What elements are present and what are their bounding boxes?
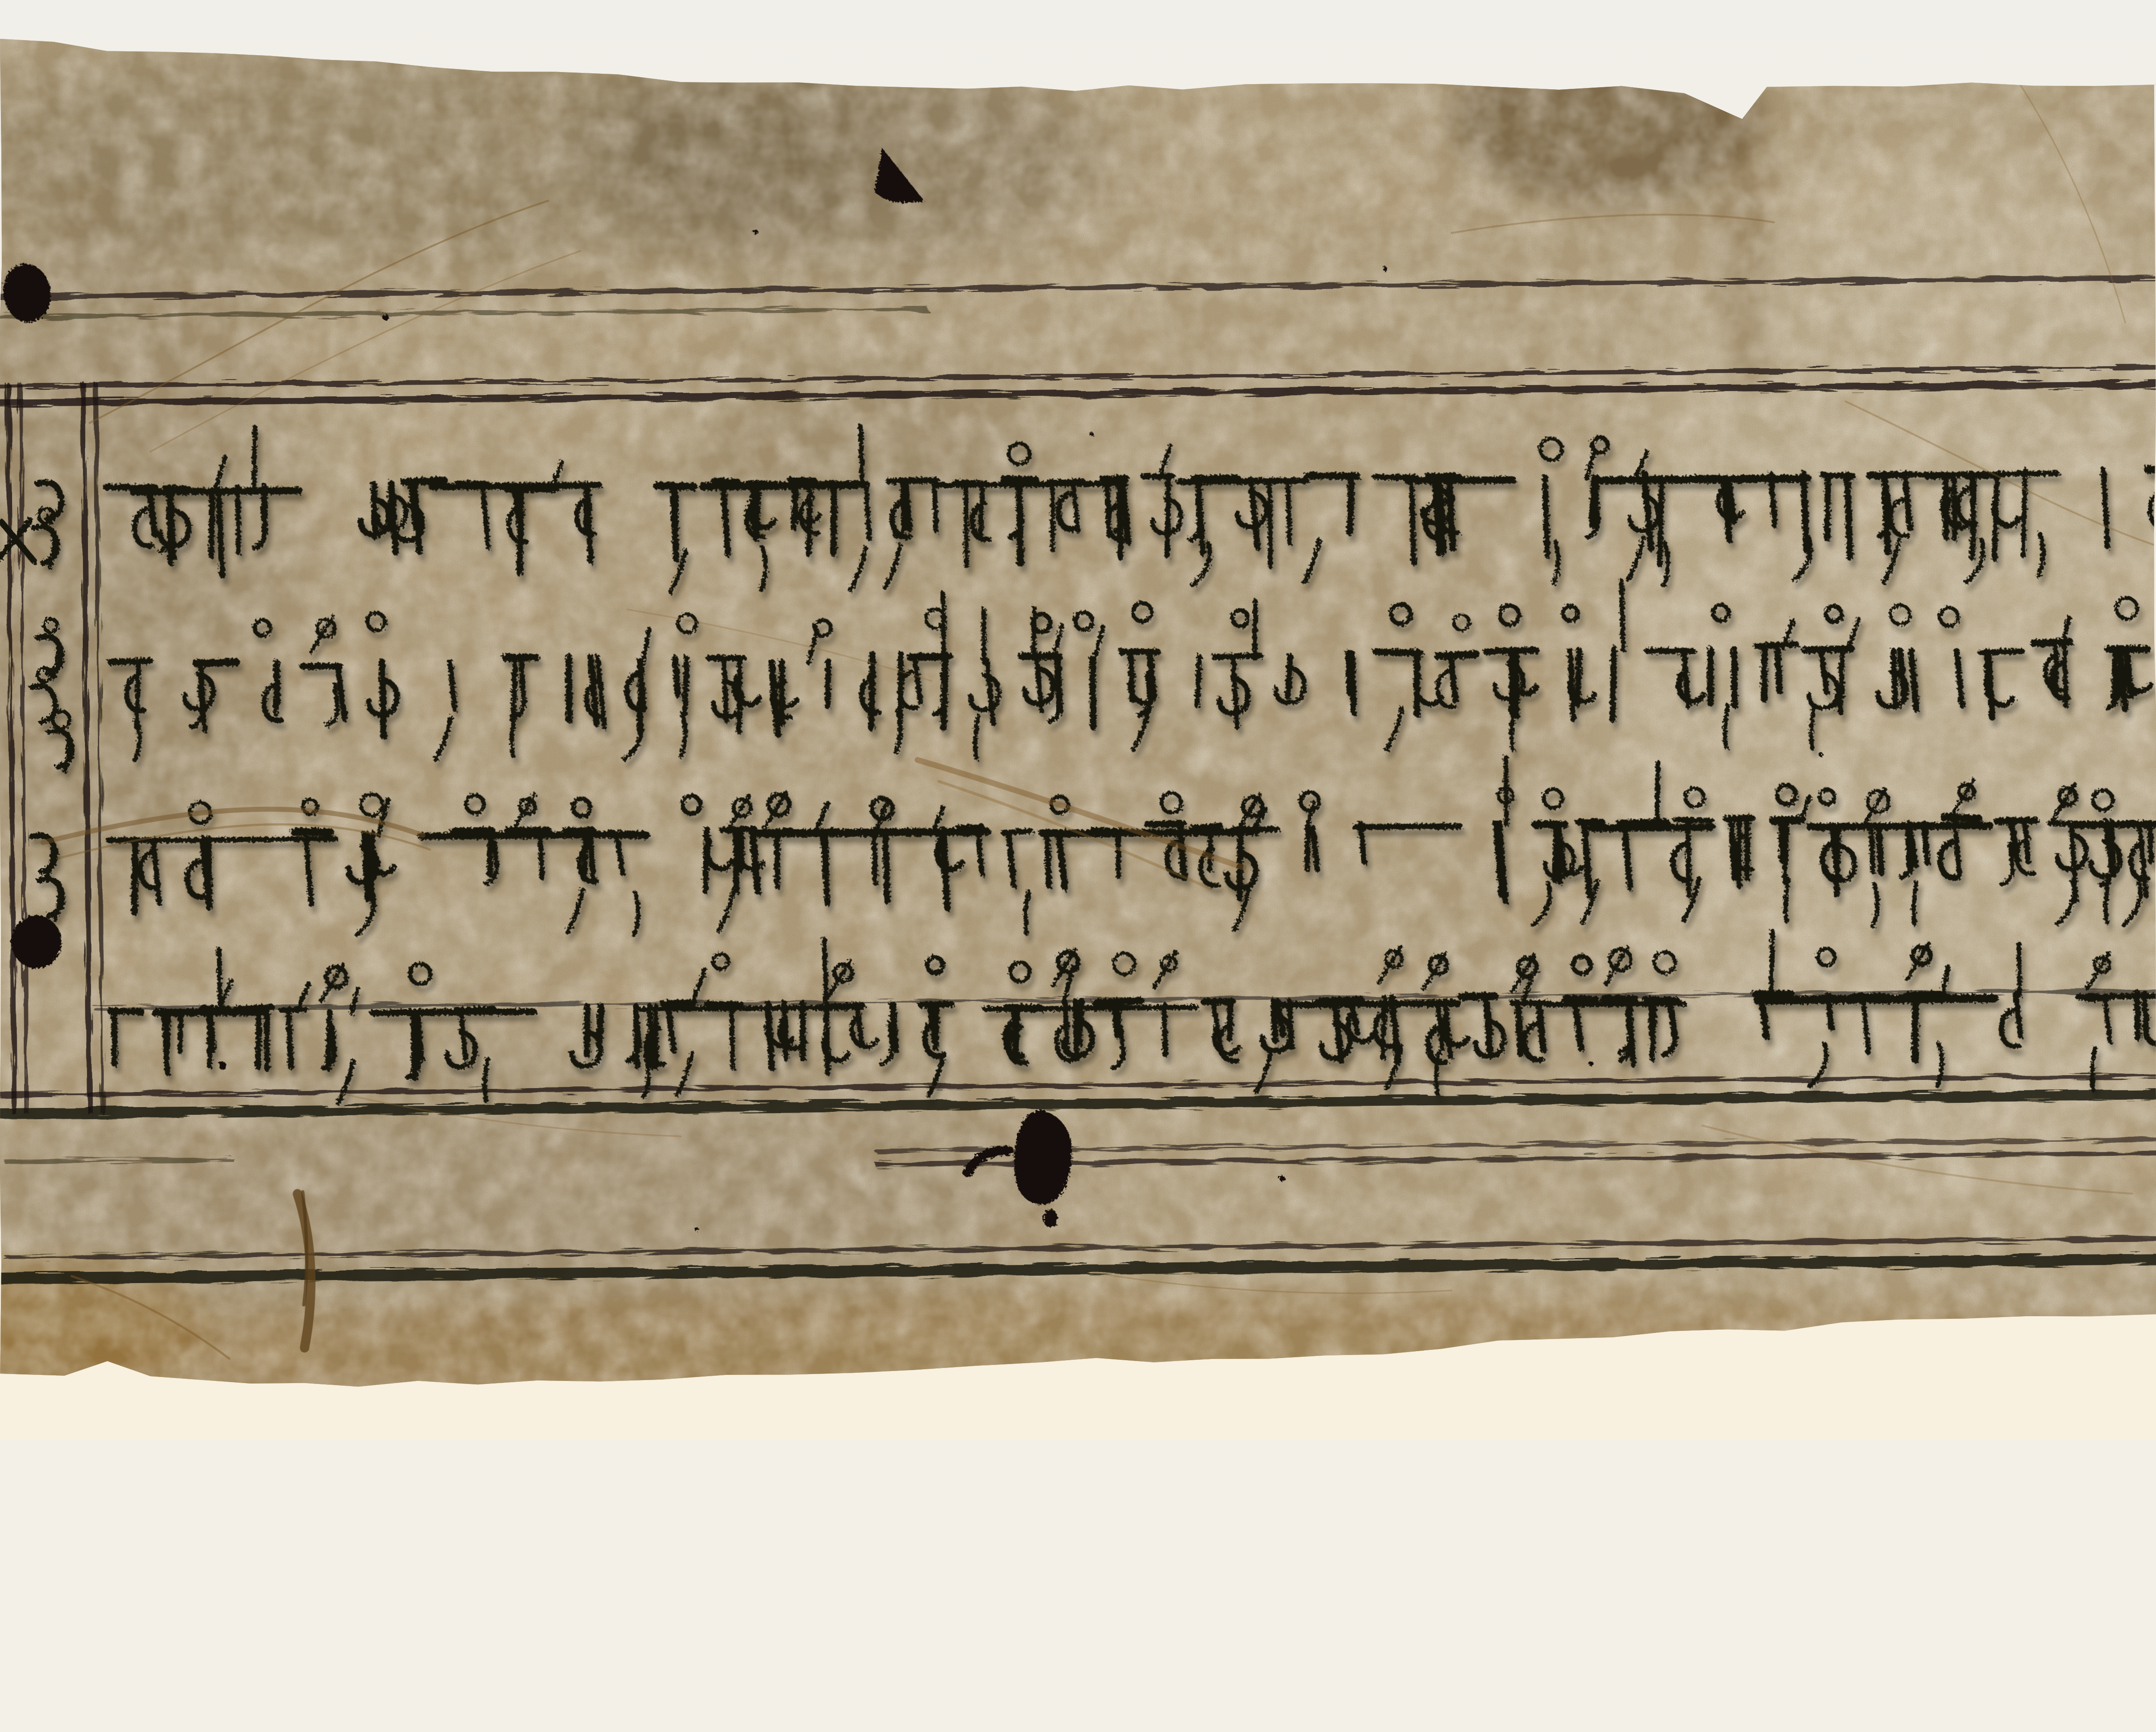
ink-speck <box>1589 1061 1594 1067</box>
ink-speck <box>1818 752 1823 756</box>
ink-blob <box>11 915 61 969</box>
ink-speck <box>1090 432 1094 436</box>
ink-speck <box>1383 267 1387 271</box>
paper-grain <box>0 0 2156 1440</box>
ink-speck <box>694 1227 699 1231</box>
frame-rule <box>4 1160 233 1162</box>
ink-speck <box>1279 1175 1285 1181</box>
ink-speck <box>382 314 389 320</box>
manuscript-scan <box>0 0 2156 1440</box>
manuscript-render <box>0 0 2156 1440</box>
manuscript-photo: Leaf of a pothi manuscript: woodblock pr… <box>0 0 2156 1440</box>
ink-speck <box>219 1062 226 1070</box>
ink-speck <box>753 230 758 235</box>
